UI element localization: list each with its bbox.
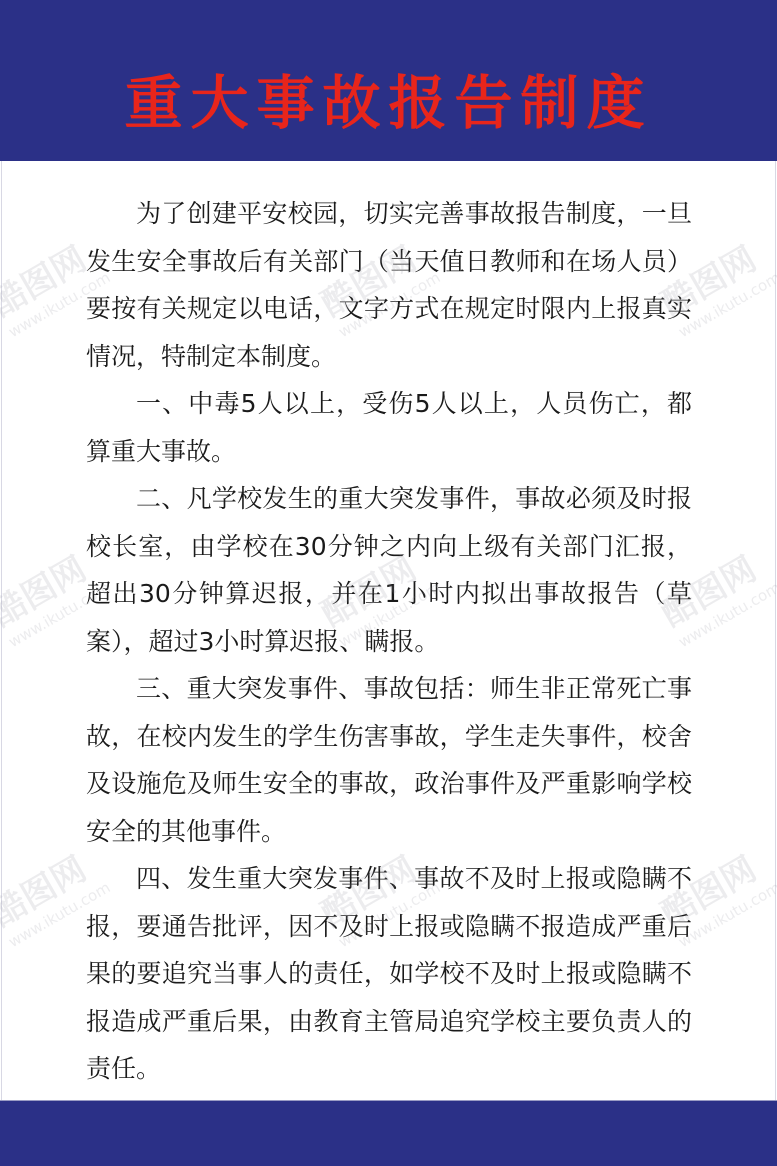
document-body: 为了创建平安校园，切实完善事故报告制度，一旦发生安全事故后有关部门（当天值日教师…: [86, 190, 692, 1093]
rule-paragraph-3: 三、重大突发事件、事故包括：师生非正常死亡事故，在校内发生的学生伤害事故，学生走…: [86, 665, 692, 855]
rule-paragraph-1: 一、中毒5人以上，受伤5人以上，人员伤亡，都算重大事故。: [86, 380, 692, 475]
footer-band: [0, 1100, 777, 1166]
rule-paragraph-4: 四、发生重大突发事件、事故不及时上报或隐瞒不报，要通告批评，因不及时上报或隐瞒不…: [86, 855, 692, 1093]
intro-paragraph: 为了创建平安校园，切实完善事故报告制度，一旦发生安全事故后有关部门（当天值日教师…: [86, 190, 692, 380]
document-title: 重大事故报告制度: [0, 68, 777, 138]
header-band: 重大事故报告制度: [0, 0, 777, 161]
rule-paragraph-2: 二、凡学校发生的重大突发事件，事故必须及时报校长室，由学校在30分钟之内向上级有…: [86, 475, 692, 665]
